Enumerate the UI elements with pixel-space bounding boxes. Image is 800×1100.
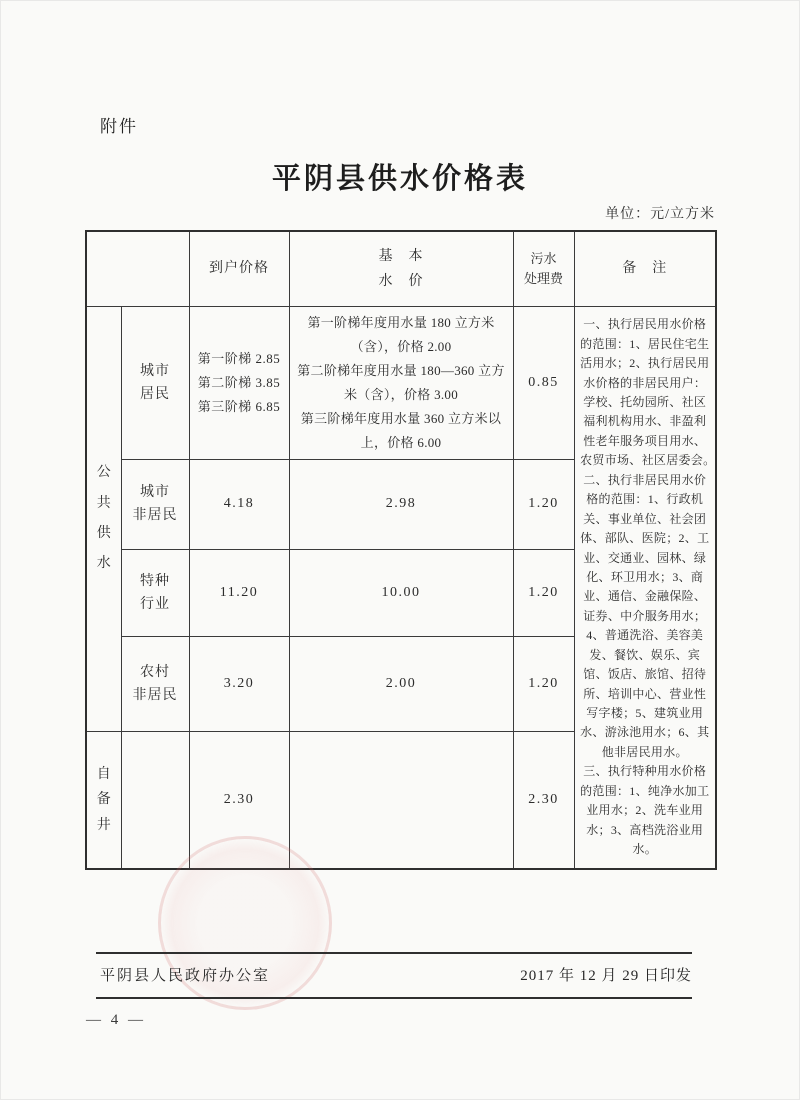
- category-urban-resident: 城市 居民: [121, 306, 189, 459]
- sewage-fee-rural-nonresident: 1.20: [513, 636, 574, 731]
- header-corner-cell: [86, 231, 189, 306]
- basic-price-self-well-empty: [289, 731, 513, 869]
- sewage-fee-special-industry: 1.20: [513, 549, 574, 636]
- header-sewage-fee: 污水 处理费: [513, 231, 574, 306]
- print-date: 2017 年 12 月 29 日印发: [85, 964, 692, 985]
- unit-note: 单位：元/立方米: [85, 203, 715, 223]
- to-household-urban-nonresident: 4.18: [189, 459, 289, 549]
- remarks-cell: 一、执行居民用水价格的范围：1、居民住宅生活用水；2、执行居民用水价格的非居民用…: [574, 306, 716, 869]
- table-header-row: 到户价格 基 本 水 价 污水 处理费 备 注: [86, 231, 716, 306]
- attachment-label: 附件: [100, 112, 138, 137]
- category-urban-nonresident: 城市 非居民: [121, 459, 189, 549]
- footer-rule-bottom: [96, 997, 692, 999]
- sewage-fee-urban-nonresident: 1.20: [513, 459, 574, 549]
- category-special-industry: 特种 行业: [121, 549, 189, 636]
- category-rural-nonresident: 农村 非居民: [121, 636, 189, 731]
- header-to-household: 到户价格: [189, 231, 289, 306]
- sewage-fee-self-well: 2.30: [513, 731, 574, 869]
- scanned-document-page: { "page": { "attachment_label": "附件", "t…: [0, 0, 800, 1100]
- basic-price-urban-resident: 第一阶梯年度用水量 180 立方米（含），价格 2.00 第二阶梯年度用水量 1…: [289, 306, 513, 459]
- sewage-fee-urban-resident: 0.85: [513, 306, 574, 459]
- basic-price-special-industry: 10.00: [289, 549, 513, 636]
- group-label-self-well: 自 备 井: [86, 731, 121, 869]
- header-basic-price: 基 本 水 价: [289, 231, 513, 306]
- to-household-special-industry: 11.20: [189, 549, 289, 636]
- document-title: 平阴县供水价格表: [0, 156, 800, 197]
- footer-rule-top: [96, 952, 692, 954]
- header-remarks: 备 注: [574, 231, 716, 306]
- page-number: — 4 —: [86, 1012, 146, 1029]
- basic-price-rural-nonresident: 2.00: [289, 636, 513, 731]
- category-self-well-empty: [121, 731, 189, 869]
- table-row-urban-resident: 公 共 供 水 城市 居民 第一阶梯 2.85 第二阶梯 3.85 第三阶梯 6…: [86, 306, 716, 459]
- to-household-rural-nonresident: 3.20: [189, 636, 289, 731]
- basic-price-urban-nonresident: 2.98: [289, 459, 513, 549]
- water-price-table: 到户价格 基 本 水 价 污水 处理费 备 注 公 共 供 水 城市 居民 第一…: [85, 230, 717, 870]
- to-household-urban-resident: 第一阶梯 2.85 第二阶梯 3.85 第三阶梯 6.85: [189, 306, 289, 459]
- group-label-public-supply: 公 共 供 水: [86, 306, 121, 731]
